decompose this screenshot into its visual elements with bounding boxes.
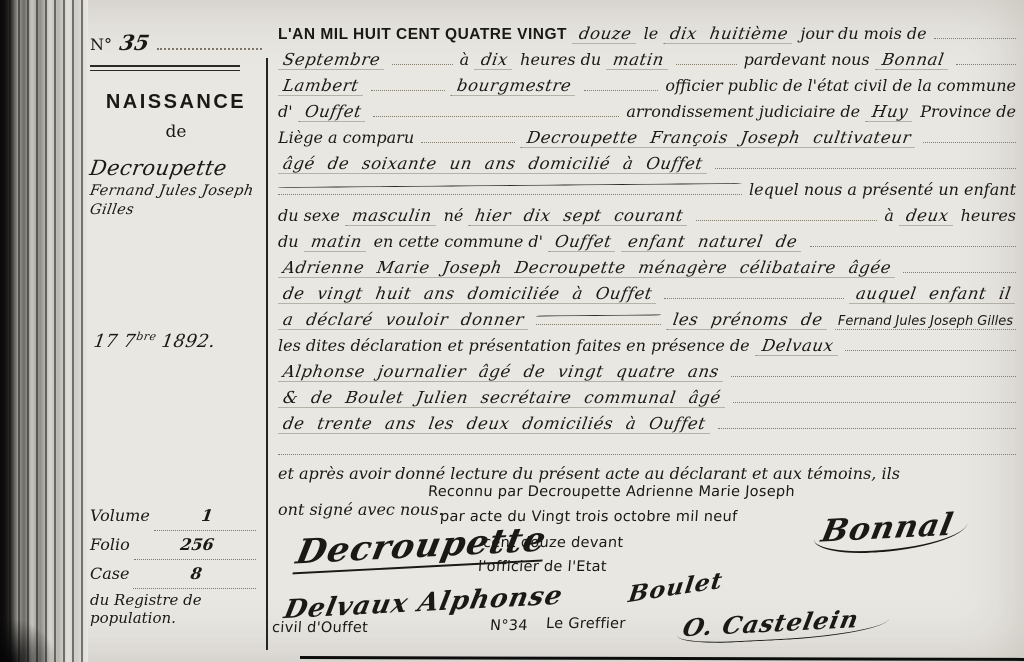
act-line: Lambertbourgmestreofficier public de l'é… [278,74,1016,100]
registry-label: Case [90,560,129,588]
handwritten-entry: masculin [345,206,438,226]
dotted-blank [845,334,1016,351]
margin-date-year: 1892. [160,331,217,352]
dotted-blank [733,386,1016,403]
act-title-de: de [90,122,262,142]
registry-value: 8 [133,560,260,589]
act-line: les dites déclaration et présentation fa… [278,334,1016,360]
signature-greffier: O. Castelein [676,603,892,646]
handwritten-entry: de trente ans les deux domiciliés à Ouff… [278,414,712,434]
dotted-blank [584,74,659,91]
handwritten-entry: de vingt huit ans domiciliée à Ouffet [278,284,659,304]
dotted-blank [392,48,452,65]
struck-out-blank [278,178,742,195]
dotted-blank [278,438,1016,455]
registry-row: Volume1 [90,502,258,531]
dotted-blank [676,48,736,65]
printed-form-text: arrondissement judiciaire de [626,102,860,121]
printed-form-text: heures du [520,50,601,69]
act-line: du sexemasculinnéhier dix sept courantàd… [278,204,1016,230]
act-body: L'AN MIL HUIT CENT QUATRE VINGTdouzeledi… [278,22,1016,490]
act-line: Liège a comparuDecroupette François Jose… [278,126,1016,152]
printed-form-text: du [278,232,299,251]
printed-form-text: Liège a comparu [278,128,414,147]
marginal-note-line: Reconnu par Decroupette Adrienne Marie J… [427,484,795,500]
struck-out-blank [536,308,661,325]
printed-form-text: à [460,50,470,69]
registry-row: Case8 [90,560,258,589]
handwritten-entry: matin [607,50,671,70]
child-name-line: Decroupette [88,156,229,180]
act-number-value: 35 [118,30,152,55]
handwritten-entry: Lambert [278,76,365,96]
handwritten-entry: hier dix sept courant [469,206,690,226]
act-line: L'AN MIL HUIT CENT QUATRE VINGTdouzeledi… [278,22,1016,48]
act-line: lequel nous a présenté un enfant [278,178,1016,204]
registry-label: Volume [90,502,150,530]
dotted-blank [371,74,446,91]
signature-area: ont signé avec nous. Reconnu par Decroup… [278,490,1016,660]
printed-form-text: à [884,206,894,225]
dotted-blank [696,204,878,221]
margin-divider-rule [266,58,268,650]
registry-row: Folio256 [90,531,258,560]
dotted-blank [718,412,1016,429]
handwritten-entry: Huy [866,102,915,122]
dotted-blank [956,48,1016,65]
handwritten-entry: enfant naturel de [622,232,804,252]
act-line: d'Ouffetarrondissement judiciaire deHuyP… [278,100,1016,126]
child-name-block: DecroupetteFernand Jules JosephGilles [90,156,262,218]
dotted-blank [157,32,262,50]
printed-caps-text: L'AN MIL HUIT CENT QUATRE VINGT [278,26,567,44]
child-name-line: Gilles [89,202,135,218]
printed-form-text: pardevant nous [744,50,870,69]
dotted-blank [731,360,1016,377]
printed-form-text: d' [278,102,293,121]
handwritten-entry: Decroupette François Joseph cultivateur [520,128,917,148]
printed-form-text: officier public de l'état civil de la co… [665,76,1016,95]
act-line [278,438,1016,464]
act-number-label: N° [90,35,112,54]
handwritten-entry: deux [899,206,955,226]
printed-form-text: du sexe [278,206,340,225]
dotted-blank [923,126,1016,143]
act-column: L'AN MIL HUIT CENT QUATRE VINGTdouzeledi… [278,22,1016,660]
printed-form-text: Province de [920,102,1016,121]
marginal-note-greffier-label: Le Greffier [545,616,626,632]
dotted-blank [373,100,619,117]
registry-label: Folio [90,531,130,559]
printed-form-text: né [444,206,464,225]
printed-form-text: le [644,24,659,43]
handwritten-entry: Alphonse journalier âgé de vingt quatre … [278,362,725,382]
handwritten-names-entry: Fernand Jules Joseph Gilles [835,314,1016,330]
handwritten-entry: les prénoms de [667,310,830,330]
printed-form-text: et après avoir donné lecture du présent … [278,464,900,483]
dotted-blank [903,256,1016,273]
printed-form-text: en cette commune d' [374,232,543,251]
dotted-blank [810,230,1016,247]
signed-with-us-text: ont signé avec nous. [278,500,444,519]
act-line: de vingt huit ans domiciliée à Ouffetauq… [278,282,1016,308]
handwritten-entry: âgé de soixante un ans domicilié à Ouffe… [278,154,709,174]
handwritten-entry: & de Boulet Julien secrétaire communal â… [278,388,727,408]
printed-form-text: les dites déclaration et présentation fa… [278,336,750,355]
book-binding-edge [0,0,88,662]
registry-value: 1 [154,502,260,531]
registry-reference-block: Volume1Folio256Case8 du Registre de popu… [90,502,258,627]
handwritten-entry: Delvaux [755,336,840,356]
printed-form-text: lequel nous a présenté un enfant [749,180,1016,199]
registry-footer: du Registre de population. [90,591,258,627]
handwritten-entry: Ouffet [298,102,368,122]
margin-date: 17 7bre 1892. [92,330,217,352]
margin-date-day: 17 [92,331,119,352]
dotted-blank [934,22,1016,39]
signature-witness-boulet: Boulet [627,567,725,608]
act-line: Adrienne Marie Joseph Decroupette ménagè… [278,256,1016,282]
dotted-blank [715,152,1016,169]
printed-form-text: heures [961,206,1016,225]
dotted-blank [421,126,514,143]
registry-value: 256 [134,531,260,560]
act-line: Septembreàdixheures dumatinpardevant nou… [278,48,1016,74]
act-line: de trente ans les deux domiciliés à Ouff… [278,412,1016,438]
handwritten-entry: Ouffet [548,232,618,252]
handwritten-entry: matin [304,232,368,252]
margin-column: N° 35 NAISSANCE de DecroupetteFernand Ju… [90,30,262,662]
dotted-blank [664,282,844,299]
registry-rows: Volume1Folio256Case8 [90,502,258,589]
handwritten-entry: Bonnal [875,50,950,70]
margin-date-month-suffix: bre [135,330,157,343]
handwritten-entry: Septembre [278,50,387,70]
double-rule [90,65,240,71]
handwritten-entry: auquel enfant il [849,284,1016,304]
handwritten-entry: a déclaré vouloir donner [278,310,531,330]
act-line: Alphonse journalier âgé de vingt quatre … [278,360,1016,386]
handwritten-entry: douze [572,24,638,44]
handwritten-entry: bourgmestre [451,76,579,96]
handwritten-entry: dix [475,50,515,70]
handwritten-entry: Adrienne Marie Joseph Decroupette ménagè… [278,258,898,278]
act-line: & de Boulet Julien secrétaire communal â… [278,386,1016,412]
act-line: âgé de soixante un ans domicilié à Ouffe… [278,152,1016,178]
printed-form-text: jour du mois de [800,24,926,43]
child-name-line: Fernand Jules Joseph [89,183,255,199]
act-number: N° 35 [90,30,262,55]
act-line: a déclaré vouloir donnerles prénoms deFe… [278,308,1016,334]
signature-officer-bonnal: Bonnal [811,506,971,556]
act-line: dumatinen cette commune d'Ouffetenfant n… [278,230,1016,256]
marginal-note-act-ref: N°34 [489,618,528,634]
act-title: NAISSANCE [90,91,262,114]
scanned-register-page: N° 35 NAISSANCE de DecroupetteFernand Ju… [0,0,1024,662]
handwritten-entry: dix huitième [664,24,795,44]
